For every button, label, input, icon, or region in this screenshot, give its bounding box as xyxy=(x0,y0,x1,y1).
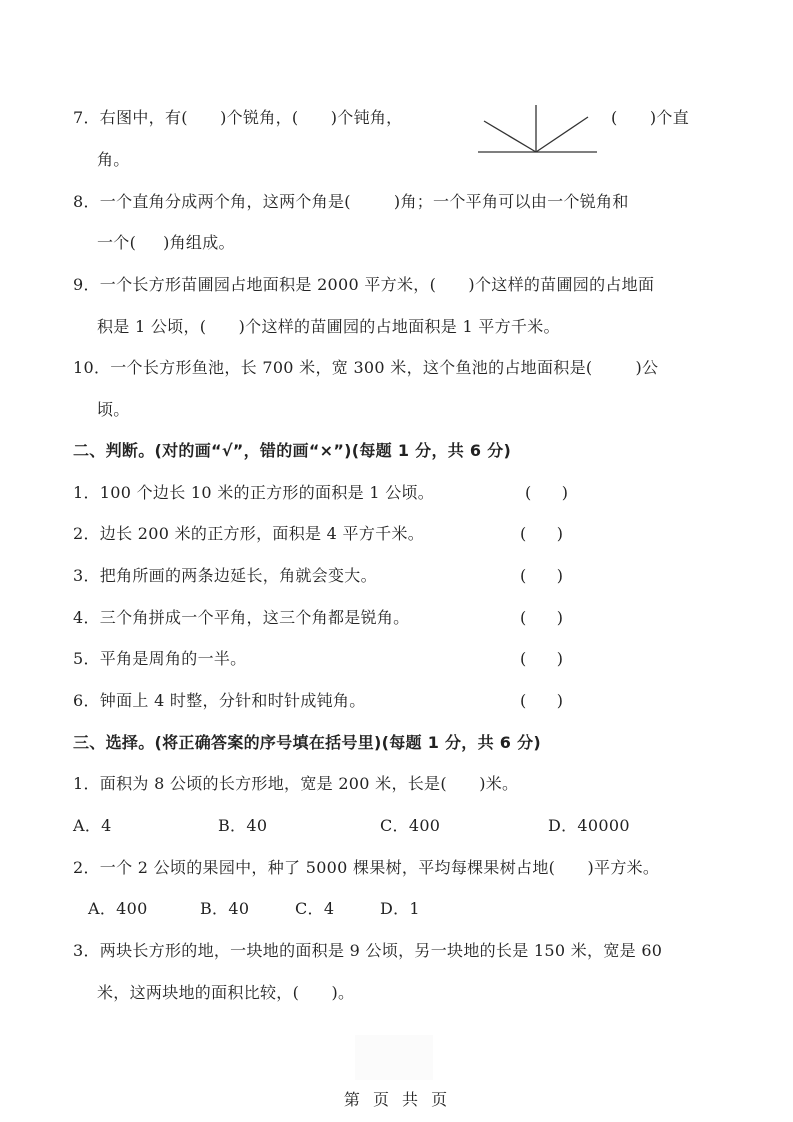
choice-q1-option-c[interactable]: C．400 xyxy=(380,816,440,836)
judge-item-6: 6．钟面上 4 时整，分针和时针成钝角。 xyxy=(73,691,366,711)
footer-ye-1: 页 xyxy=(373,1090,391,1109)
judge-answer-1[interactable]: ( ) xyxy=(525,483,568,503)
choice-q2-option-c[interactable]: C．4 xyxy=(295,899,334,919)
footer-gong: 共 xyxy=(402,1090,420,1109)
choice-q1-option-a[interactable]: A．4 xyxy=(73,816,112,836)
angle-figure-icon xyxy=(476,103,600,155)
q10-line1: 10．一个长方形鱼池，长 700 米，宽 300 米，这个鱼池的占地面积是( )… xyxy=(73,358,658,378)
page-footer: 第 页 共 页 xyxy=(0,1087,793,1110)
judge-answer-5[interactable]: ( ) xyxy=(520,649,563,669)
choice-q2-option-b[interactable]: B．40 xyxy=(200,899,249,919)
judge-item-1: 1．100 个边长 10 米的正方形的面积是 1 公顷。 xyxy=(73,483,434,503)
q7-tail: ( )个直 xyxy=(611,108,689,128)
section3-title: 三、选择。(将正确答案的序号填在括号里)(每题 1 分，共 6 分) xyxy=(73,733,541,753)
q7-line2: 角。 xyxy=(97,150,130,170)
footer-di: 第 xyxy=(344,1090,362,1109)
footer-ye-2: 页 xyxy=(431,1090,449,1109)
judge-answer-2[interactable]: ( ) xyxy=(520,524,563,544)
q8-line1: 8．一个直角分成两个角，这两个角是( )角；一个平角可以由一个锐角和 xyxy=(73,192,629,212)
choice-q1-option-b[interactable]: B．40 xyxy=(218,816,267,836)
judge-item-4: 4．三个角拼成一个平角，这三个角都是锐角。 xyxy=(73,608,409,628)
choice-q2-option-d[interactable]: D．1 xyxy=(380,899,420,919)
choice-q3-line2: 米，这两块地的面积比较，( )。 xyxy=(97,983,354,1003)
judge-answer-3[interactable]: ( ) xyxy=(520,566,563,586)
judge-item-2: 2．边长 200 米的正方形，面积是 4 平方千米。 xyxy=(73,524,424,544)
q10-line2: 顷。 xyxy=(97,400,130,420)
section2-title: 二、判断。(对的画“√”，错的画“×”)(每题 1 分，共 6 分) xyxy=(73,441,511,461)
choice-q2-option-a[interactable]: A．400 xyxy=(88,899,148,919)
judge-answer-4[interactable]: ( ) xyxy=(520,608,563,628)
page-blank-area xyxy=(355,1035,433,1080)
choice-q3-line1: 3．两块长方形的地，一块地的面积是 9 公顷，另一块地的长是 150 米，宽是 … xyxy=(73,941,662,961)
judge-item-5: 5．平角是周角的一半。 xyxy=(73,649,246,669)
judge-answer-6[interactable]: ( ) xyxy=(520,691,563,711)
q7-line1: 7．右图中，有( )个锐角，( )个钝角， xyxy=(73,108,402,128)
q9-line2: 积是 1 公顷，( )个这样的苗圃园的占地面积是 1 平方千米。 xyxy=(97,317,560,337)
choice-q2: 2．一个 2 公顷的果园中，种了 5000 棵果树，平均每棵果树占地( )平方米… xyxy=(73,858,659,878)
choice-q1-option-d[interactable]: D．40000 xyxy=(548,816,630,836)
choice-q1: 1．面积为 8 公顷的长方形地，宽是 200 米，长是( )米。 xyxy=(73,774,518,794)
judge-item-3: 3．把角所画的两条边延长，角就会变大。 xyxy=(73,566,377,586)
q9-line1: 9．一个长方形苗圃园占地面积是 2000 平方米，( )个这样的苗圃园的占地面 xyxy=(73,275,654,295)
q8-line2: 一个( )角组成。 xyxy=(97,233,235,253)
